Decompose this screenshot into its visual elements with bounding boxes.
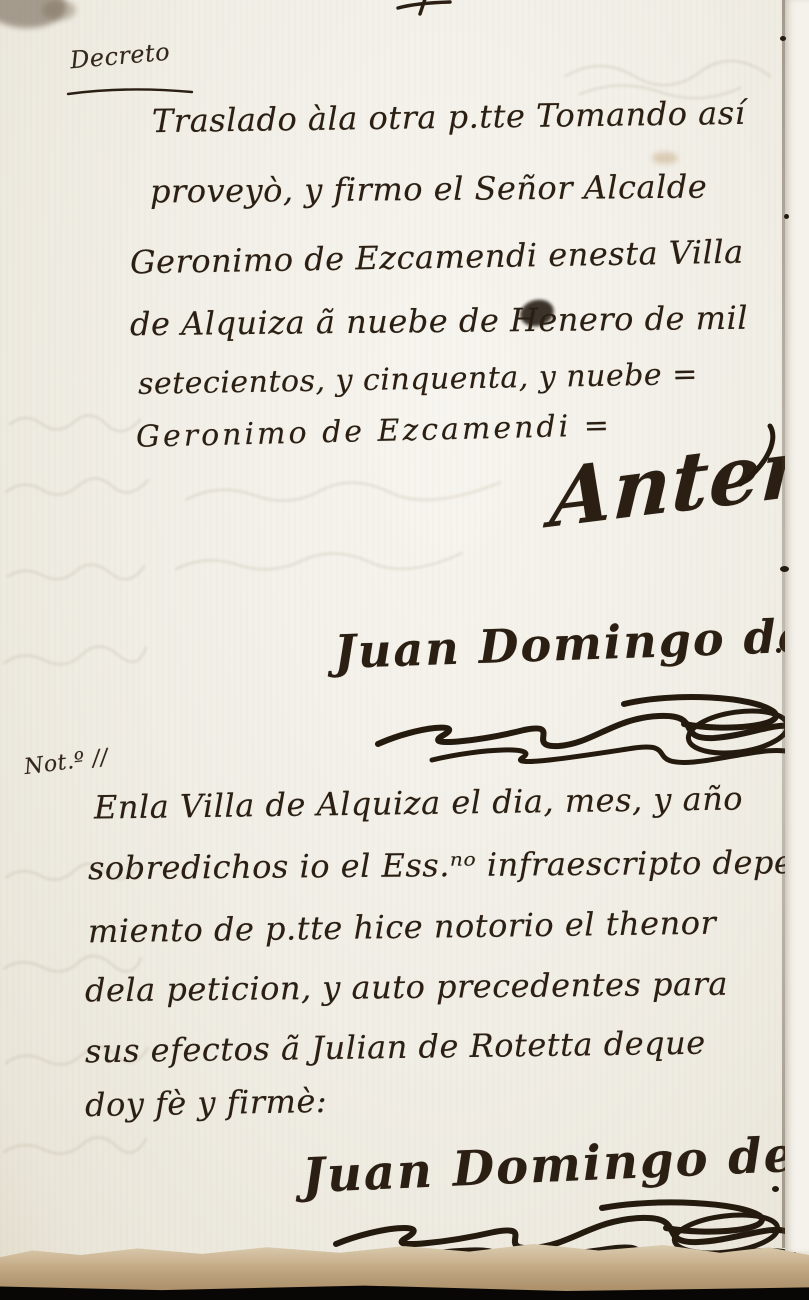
invocation-cross-icon: [396, 0, 452, 16]
edge-mark: [780, 566, 789, 572]
corner-stain: [42, 0, 76, 20]
page-fold-line: [782, 0, 785, 1248]
edge-mark: [784, 214, 789, 219]
decree-line: proveyò, y firmo el Señor Alcalde: [150, 168, 708, 211]
manuscript-scan: Decreto Traslado àla otra p.tte Tomando …: [0, 0, 809, 1300]
page-fold-strip: [785, 0, 809, 1252]
notification-line: doy fè y firmè:: [85, 1082, 328, 1124]
bleed-through-mark: [4, 553, 150, 588]
fox-spot: [652, 152, 678, 164]
decree-line: de Alquiza ã nuebe de Henero de mil: [130, 299, 748, 343]
edge-mark: [776, 648, 781, 653]
edge-mark: [780, 36, 786, 41]
ante-mi-flourish: [700, 422, 790, 492]
bleed-through-mark: [6, 408, 146, 436]
edge-mark: [772, 1186, 779, 1192]
signature-rubric: [372, 686, 802, 786]
margin-note-underline: [66, 84, 196, 98]
notification-line: dela peticion, y auto precedentes para: [85, 965, 728, 1010]
notification-line: sobredichos io el Ess.ⁿᵒ infraescripto d…: [88, 843, 809, 888]
